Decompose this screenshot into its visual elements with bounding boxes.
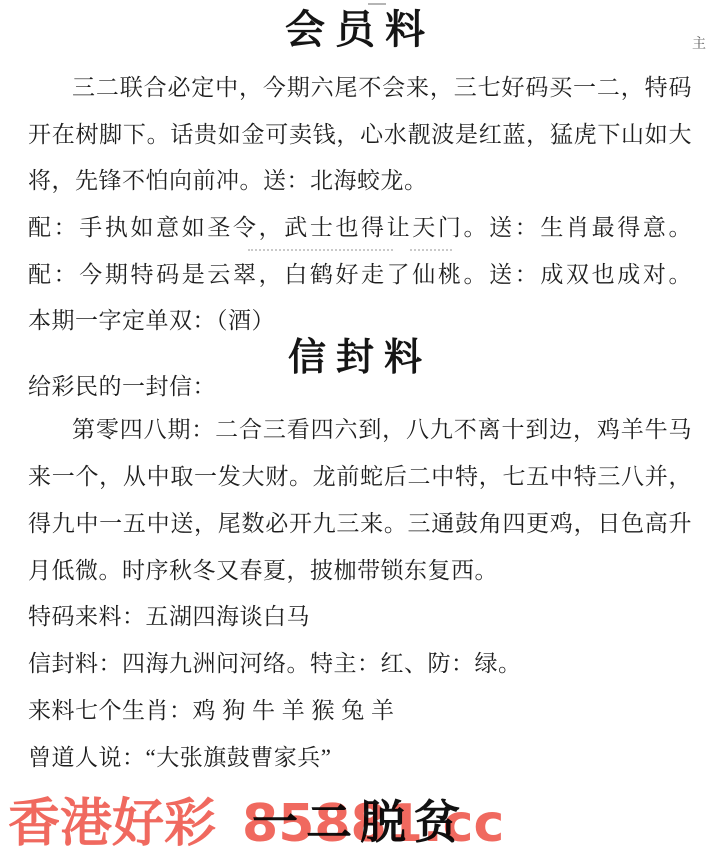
watermark-domain-text: 85881.cc xyxy=(242,795,504,853)
scan-noise-dashes xyxy=(410,249,452,251)
watermark-brand-text: 香港好彩 xyxy=(8,795,216,853)
member-section-title: 会员料 xyxy=(0,6,720,54)
envelope-line: 月低微。时序秋冬又春夏，披枷带锁东复西。 xyxy=(28,556,692,586)
envelope-line: 来料七个生肖：鸡 狗 牛 羊 猴 兔 羊 xyxy=(28,696,692,726)
scan-noise-dashes xyxy=(248,249,393,251)
member-line: 三二联合必定中，今期六尾不会来，三七好码买一二，特码 xyxy=(28,73,692,103)
envelope-line: 第零四八期：二合三看四六到，八九不离十到边，鸡羊牛马 xyxy=(28,415,692,445)
envelope-line: 得九中一五中送，尾数必开九三来。三通鼓角四更鸡，日色高升 xyxy=(28,509,692,539)
envelope-intro-label: 给彩民的一封信： xyxy=(28,372,692,402)
corner-mark: 主 xyxy=(692,33,706,53)
envelope-line: 来一个，从中取一发大财。龙前蛇后二中特，七五中特三八并， xyxy=(28,462,692,492)
member-line: 开在树脚下。话贵如金可卖钱，心水靓波是红蓝，猛虎下山如大 xyxy=(28,120,692,150)
member-line: 将，先锋不怕向前冲。送：北海蛟龙。 xyxy=(28,166,692,196)
scanned-document-page: 会员料 主 三二联合必定中，今期六尾不会来，三七好码买一二，特码 开在树脚下。话… xyxy=(0,0,720,859)
envelope-line: 信封料：四海九洲问河络。特主：红、防：绿。 xyxy=(28,649,692,679)
site-watermark: 香港好彩 85881.cc xyxy=(8,795,504,853)
scan-noise-speck xyxy=(368,3,386,5)
member-line: 配：今期特码是云翠，白鹤好走了仙桃。送：成双也成对。 xyxy=(28,260,692,290)
member-line: 本期一字定单双：（酒） xyxy=(28,306,692,336)
envelope-line: 曾道人说：“大张旗鼓曹家兵” xyxy=(28,743,692,773)
member-line: 配：手执如意如圣令，武士也得让天门。送：生肖最得意。 xyxy=(28,213,692,243)
envelope-line: 特码来料：五湖四海谈白马 xyxy=(28,602,692,632)
